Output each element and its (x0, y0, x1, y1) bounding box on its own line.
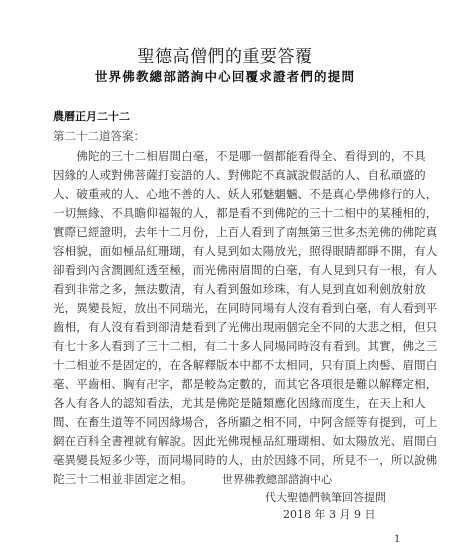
body-line: 光，異變長短，放出不同瑞光，在同時同場有人沒有看到白毫，有人看到平 (53, 299, 393, 318)
signature-author: 代大聖德們執筆回答提問 (265, 491, 386, 505)
body-line: 一切無緣、不具瞻仰福報的人，都是看不到佛陀的三十二相中的某種相的， (53, 204, 393, 223)
page-number: 1 (394, 534, 400, 545)
document-title: 聖德高僧們的重要答覆 (0, 47, 450, 67)
document-subtitle: 世界佛教總部諮詢中心回覆求證者們的提問 (0, 69, 450, 85)
body-line: 齒相，有人沒有看到卻清楚看到了光佛出現兩個完全不同的大悲之相，但只 (53, 318, 393, 337)
document-page: 聖德高僧們的重要答覆 世界佛教總部諮詢中心回覆求證者們的提問 農曆正月二十二 第… (0, 0, 450, 550)
signature-organization: 世界佛教總部諮詢中心 (222, 473, 332, 487)
body-line: 因緣的人或對佛菩薩打妄語的人、對佛陀不真誠說假話的人、自私頑盛的 (53, 166, 393, 185)
body-line: 實際已經證明，去年十二月份，上百人看到了南無第三世多杰羌佛的佛陀真 (53, 223, 393, 242)
signature-date: 2018 年 3 月 9 日 (283, 508, 375, 522)
body-line: 毫異變長短多少等，而同場同時的人，由於因緣不同，所見不一，所以說佛 (53, 451, 393, 470)
answer-body: 佛陀的三十二相眉間白毫，不是哪一個都能看得全、看得到的，不具 因緣的人或對佛菩薩… (53, 147, 393, 489)
body-line: 容相貌，面如極品紅珊瑚，有人見到如太陽放光，照得眼睛都睜不開，有人 (53, 242, 393, 261)
body-line: 十二相並不是固定的，在各解釋版本中都不太相同，只有頂上肉髻、眉間白 (53, 356, 393, 375)
body-line: 間、在畜生道等不同因緣場合，各所顯之相不同，中阿含經等有提到，可上 (53, 413, 393, 432)
body-line: 有七十多人看到了三十二相，有二十多人同場同時沒有看到。其實，佛之三 (53, 337, 393, 356)
body-line: 人、破重戒的人、心地不善的人、妖人邪魅魍魎、不是真心學佛修行的人， (53, 185, 393, 204)
body-line: 各人有各人的認知看法，尤其是佛陀是隨類應化因緣而度生，在天上和人 (53, 394, 393, 413)
lunar-date-heading: 農曆正月二十二 (53, 110, 130, 124)
body-line: 佛陀的三十二相眉間白毫，不是哪一個都能看得全、看得到的，不具 (53, 147, 393, 166)
body-line: 看到非常之多，無法數清，有人看到盤如珍珠，有人見到直如利劍放射放 (53, 280, 393, 299)
answer-number-label: 第二十二道答案： (53, 129, 145, 143)
body-line: 卻看到內含潤圓紅透至極，而光佛兩眉間的白毫，有人見到只有一根，有人 (53, 261, 393, 280)
body-line: 毫、平齒相、胸有卍字，都是較為定數的，而其它各項很是難以解釋定相， (53, 375, 393, 394)
body-line: 網在百科全書裡就有解說。因此光佛現極品紅珊瑚相、如太陽放光、眉間白 (53, 432, 393, 451)
